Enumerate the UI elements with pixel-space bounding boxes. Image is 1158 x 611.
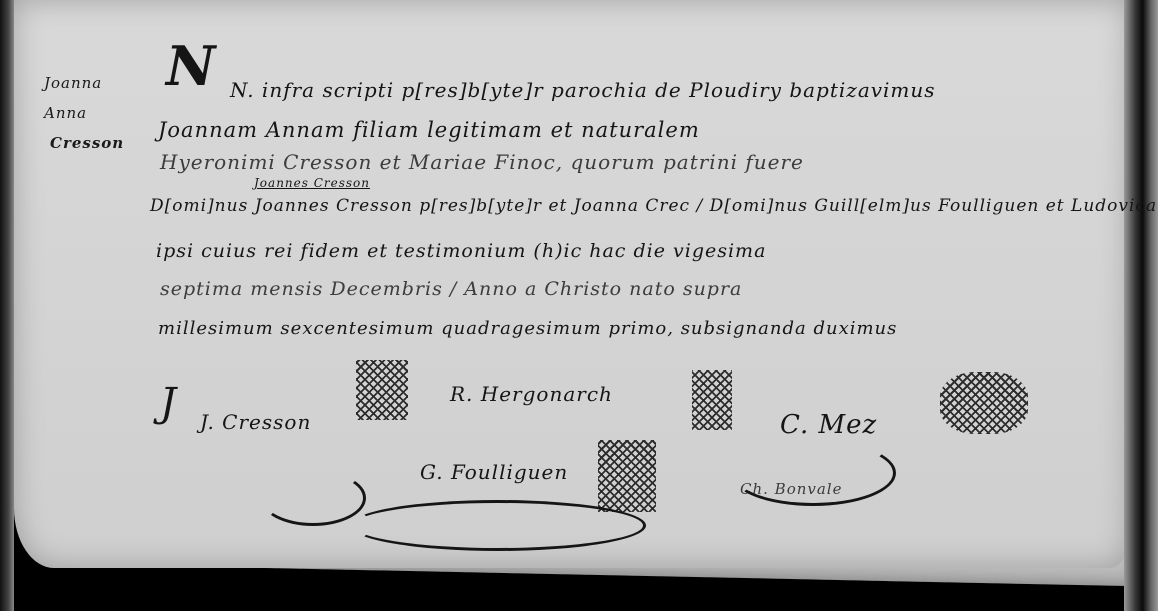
book-left-edge [0,0,14,611]
record-line-3: Hyeronimi Cresson et Mariae Finoc, quoru… [160,150,804,174]
signature-2: R. Hergonarch [450,382,613,406]
record-line-6: septima mensis Decembris / Anno a Christ… [160,278,742,300]
margin-note-line-1: Joanna [44,74,102,92]
signature-1: J. Cresson [200,410,311,434]
signature-1-initial: J [160,380,177,426]
record-line-2: Joannam Annam filiam legitimam et natura… [158,118,700,142]
decorated-initial: N [166,34,216,98]
signature-mark-3 [598,440,656,512]
interlinear-insert: Joannes Cresson [254,176,370,190]
paraph-flourish-1 [260,470,366,526]
margin-note-line-2: Anna [44,104,87,122]
record-line-7: millesimum sexcentesimum quadragesimum p… [158,318,897,339]
book-binding-edge [1124,0,1158,611]
signature-4: C. Mez [780,410,877,440]
signature-mark-1 [356,360,408,420]
signature-mark-2 [692,370,732,430]
scanned-page: Joanna Anna Cresson N N. infra scripti p… [0,0,1158,611]
margin-note-line-3: Cresson [50,134,124,152]
signature-3: G. Foulliguen [420,460,568,484]
record-line-1: N. infra scripti p[res]b[yte]r parochia … [230,78,936,102]
paraph-flourish-3 [730,440,896,506]
signature-mark-4 [940,372,1028,434]
record-line-5: ipsi cuius rei fidem et testimonium (h)i… [156,240,766,262]
record-line-4: D[omi]nus Joannes Cresson p[res]b[yte]r … [150,196,1158,216]
paraph-flourish-2 [350,500,646,551]
